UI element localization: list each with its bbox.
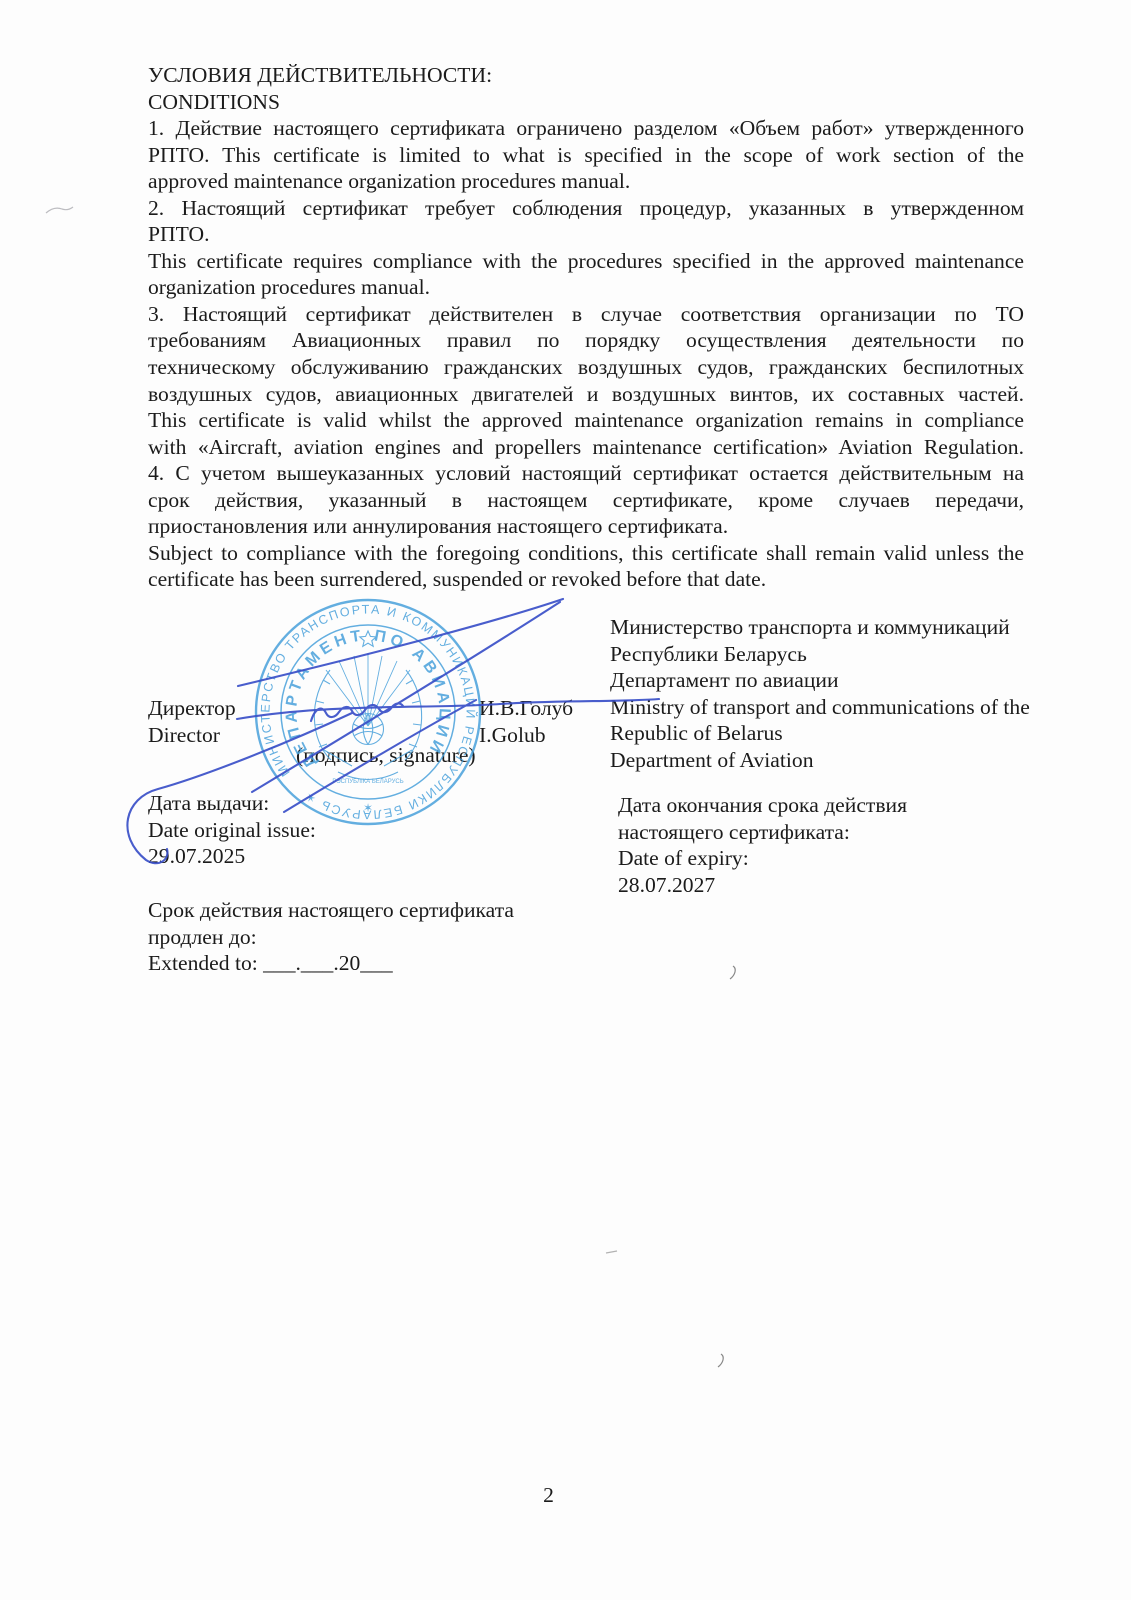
condition-line: 1. Действие настоящего сертификата огран… <box>148 115 1024 142</box>
signer-name-ru: И.В.Голуб <box>479 695 573 722</box>
expiry-date-label-ru: настоящего сертификата: <box>618 819 1038 846</box>
expiry-date-value: 28.07.2027 <box>618 872 1038 899</box>
condition-line: 2. Настоящий сертификат требует соблюден… <box>148 195 1024 222</box>
stamp-inner-circle <box>281 625 455 799</box>
director-label-en: Director <box>148 722 236 749</box>
condition-line: with «Aircraft, aviation engines and pro… <box>148 434 1024 461</box>
authority-line: Департамент по авиации <box>610 667 1080 694</box>
stray-comma-mark <box>718 1354 723 1367</box>
condition-line: РПТО. This certificate is limited to wha… <box>148 142 1024 169</box>
stray-dash-mark <box>606 1251 617 1253</box>
extension-fill-in-line: Extended to: ___.___.20___ <box>148 950 588 977</box>
sun-rays <box>326 653 410 726</box>
condition-line: approved maintenance organization proced… <box>148 168 1024 195</box>
director-title-block: Директор Director <box>148 695 236 748</box>
document-page: УСЛОВИЯ ДЕЙСТВИТЕЛЬНОСТИ: CONDITIONS 1. … <box>0 0 1131 1600</box>
expiry-date-label-ru: Дата окончания срока действия <box>618 792 1038 819</box>
conditions-title-ru: УСЛОВИЯ ДЕЙСТВИТЕЛЬНОСТИ: <box>148 62 1024 89</box>
authority-line: Министерство транспорта и коммуникаций <box>610 614 1080 641</box>
signer-name-en: I.Golub <box>479 722 573 749</box>
authority-line: Republic of Belarus <box>610 720 1080 747</box>
authority-line: Ministry of transport and communications… <box>610 694 1080 721</box>
extension-label-ru: Срок действия настоящего сертификата <box>148 897 588 924</box>
signer-name-block: И.В.Голуб I.Golub <box>479 695 573 748</box>
extension-block: Срок действия настоящего сертификата про… <box>148 897 588 977</box>
condition-line: This certificate is valid whilst the app… <box>148 407 1024 434</box>
condition-line: 4. С учетом вышеуказанных условий настоя… <box>148 460 1024 487</box>
condition-line: техническому обслуживанию гражданских во… <box>148 354 1024 381</box>
issue-date-block: Дата выдачи: Date original issue: 29.07.… <box>148 790 316 870</box>
issue-date-label-ru: Дата выдачи: <box>148 790 316 817</box>
authority-line: Department of Aviation <box>610 747 1080 774</box>
page-number: 2 <box>0 1482 1097 1509</box>
expiry-date-label-en: Date of expiry: <box>618 845 1038 872</box>
condition-line: приостановления или аннулирования настоя… <box>148 513 1024 540</box>
authority-line: Республики Беларусь <box>610 641 1080 668</box>
star-icon <box>360 631 376 646</box>
condition-line: срок действия, указанный в настоящем сер… <box>148 487 1024 514</box>
condition-line: This certificate requires compliance wit… <box>148 248 1024 275</box>
director-label-ru: Директор <box>148 695 236 722</box>
expiry-date-block: Дата окончания срока действия настоящего… <box>618 792 1038 898</box>
extension-label-ru: продлен до: <box>148 924 588 951</box>
stray-comma-mark <box>730 966 735 979</box>
ribbon-text: РЭСПУБЛІКА БЕЛАРУСЬ <box>332 779 403 785</box>
issue-date-value: 29.07.2025 <box>148 843 316 870</box>
conditions-section: УСЛОВИЯ ДЕЙСТВИТЕЛЬНОСТИ: CONDITIONS 1. … <box>148 62 1024 593</box>
stamp-bottom-star-icon: ✶ <box>363 801 373 815</box>
globe-icon <box>353 714 384 745</box>
condition-line: Subject to compliance with the foregoing… <box>148 540 1024 567</box>
condition-line: organization procedures manual. <box>148 274 1024 301</box>
coat-of-arms-icon: РЭСПУБЛІКА БЕЛАРУСЬ ✶ <box>314 631 421 815</box>
pencil-mark <box>46 207 73 213</box>
signature-caption: (подпись, signature) <box>296 742 476 769</box>
condition-line: 3. Настоящий сертификат действителен в с… <box>148 301 1024 328</box>
issuing-authority-block: Министерство транспорта и коммуникаций Р… <box>610 614 1080 773</box>
condition-line: certificate has been surrendered, suspen… <box>148 566 1024 593</box>
condition-line: РПТО. <box>148 221 1024 248</box>
conditions-title-en: CONDITIONS <box>148 89 1024 116</box>
condition-line: воздушных судов, авиационных двигателей … <box>148 381 1024 408</box>
issue-date-label-en: Date original issue: <box>148 817 316 844</box>
condition-line: требованиям Авиационных правил по порядк… <box>148 327 1024 354</box>
